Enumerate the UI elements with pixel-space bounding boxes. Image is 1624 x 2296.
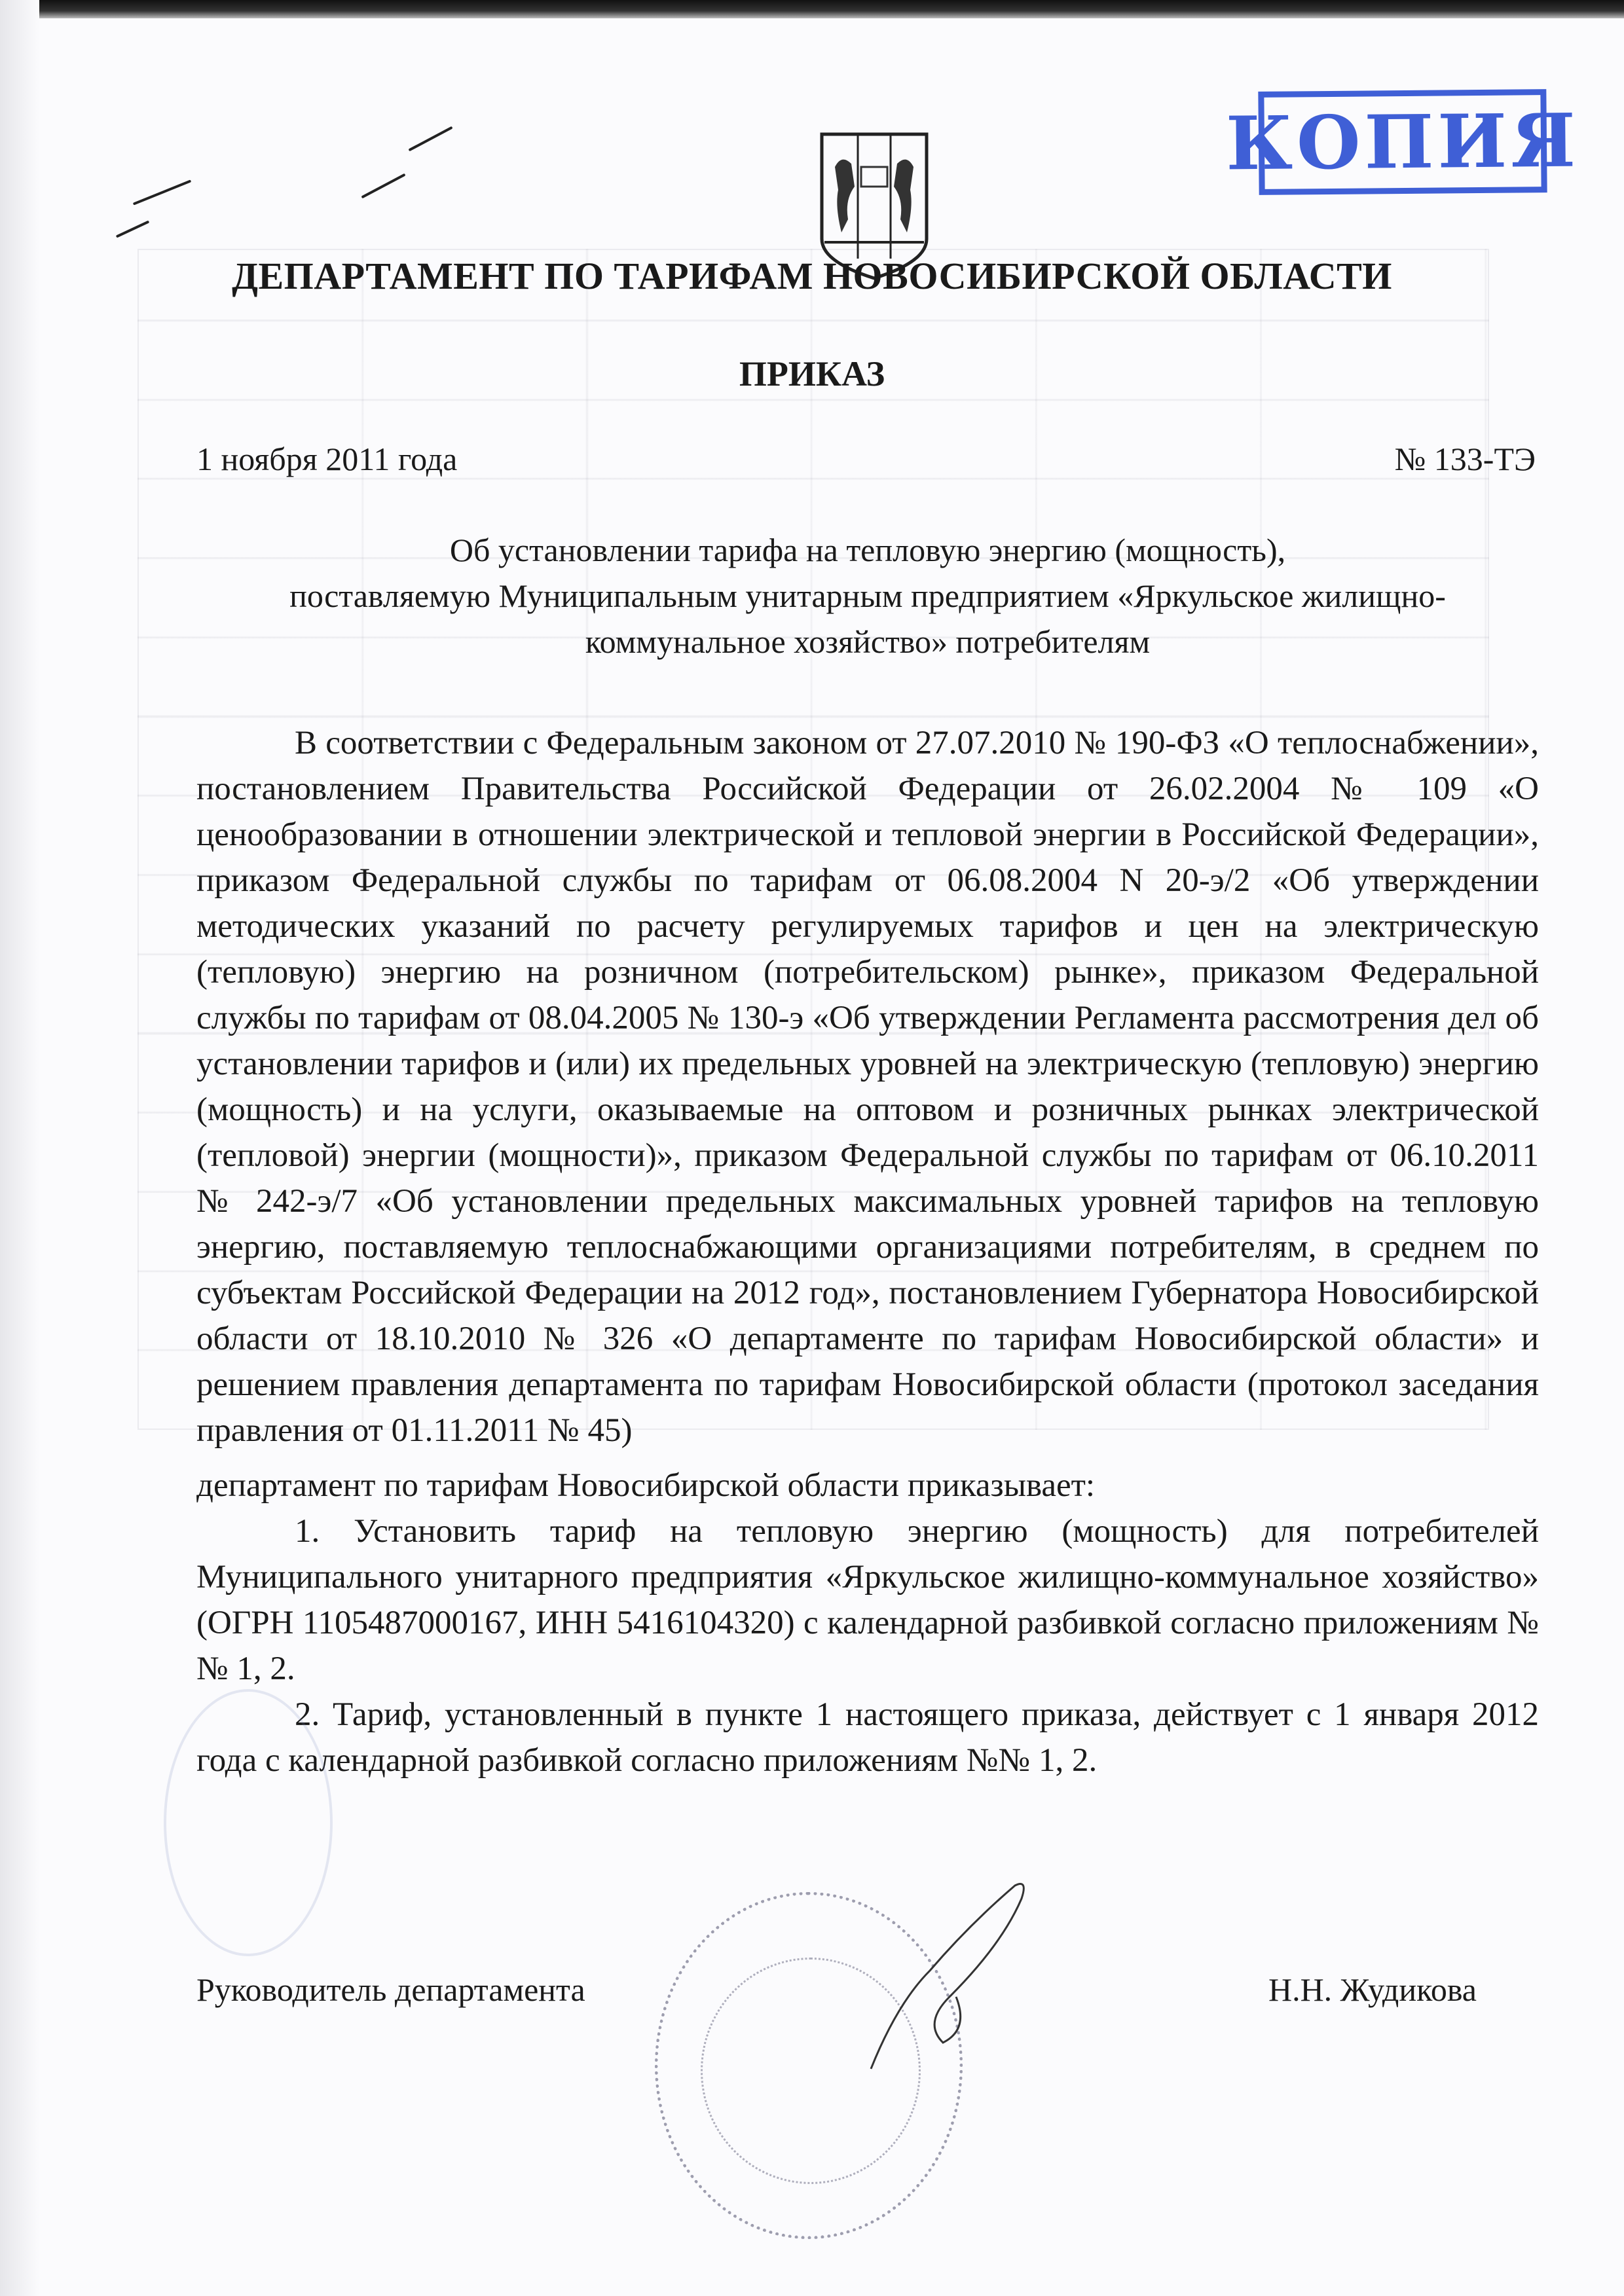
scan-left-edge	[0, 0, 39, 2296]
bleed-through-seal	[164, 1689, 333, 1956]
preamble-paragraph: В соответствии с Федеральным законом от …	[196, 720, 1539, 1453]
subject-line: коммунальное хозяйство» потребителям	[190, 619, 1545, 665]
copy-stamp: КОПИЯ	[1258, 89, 1547, 195]
order-item-2: 2. Тариф, установленный в пункте 1 насто…	[196, 1692, 1539, 1783]
pen-mark	[133, 179, 192, 205]
organization-title: ДЕПАРТАМЕНТ ПО ТАРИФАМ НОВОСИБИРСКОЙ ОБЛ…	[0, 254, 1624, 298]
handwritten-signature	[819, 1872, 1054, 2082]
pen-mark	[361, 173, 405, 199]
subject-line: поставляемую Муниципальным унитарным пре…	[190, 573, 1545, 619]
document-number: № 133-ТЭ	[1395, 440, 1536, 478]
scan-top-edge	[0, 0, 1624, 18]
pen-mark	[116, 221, 150, 238]
signer-name: Н.Н. Жудикова	[1268, 1971, 1477, 2009]
document-body: В соответствии с Федеральным законом от …	[196, 720, 1539, 1783]
subject-line: Об установлении тарифа на тепловую энерг…	[190, 527, 1545, 573]
order-phrase: департамент по тарифам Новосибирской обл…	[196, 1463, 1539, 1508]
document-type: ПРИКАЗ	[0, 354, 1624, 394]
document-date: 1 ноября 2011 года	[196, 440, 457, 478]
order-item-1: 1. Установить тариф на тепловую энергию …	[196, 1508, 1539, 1692]
document-subject: Об установлении тарифа на тепловую энерг…	[190, 527, 1545, 665]
signer-role: Руководитель департамента	[196, 1971, 585, 2009]
pen-mark	[408, 126, 452, 152]
